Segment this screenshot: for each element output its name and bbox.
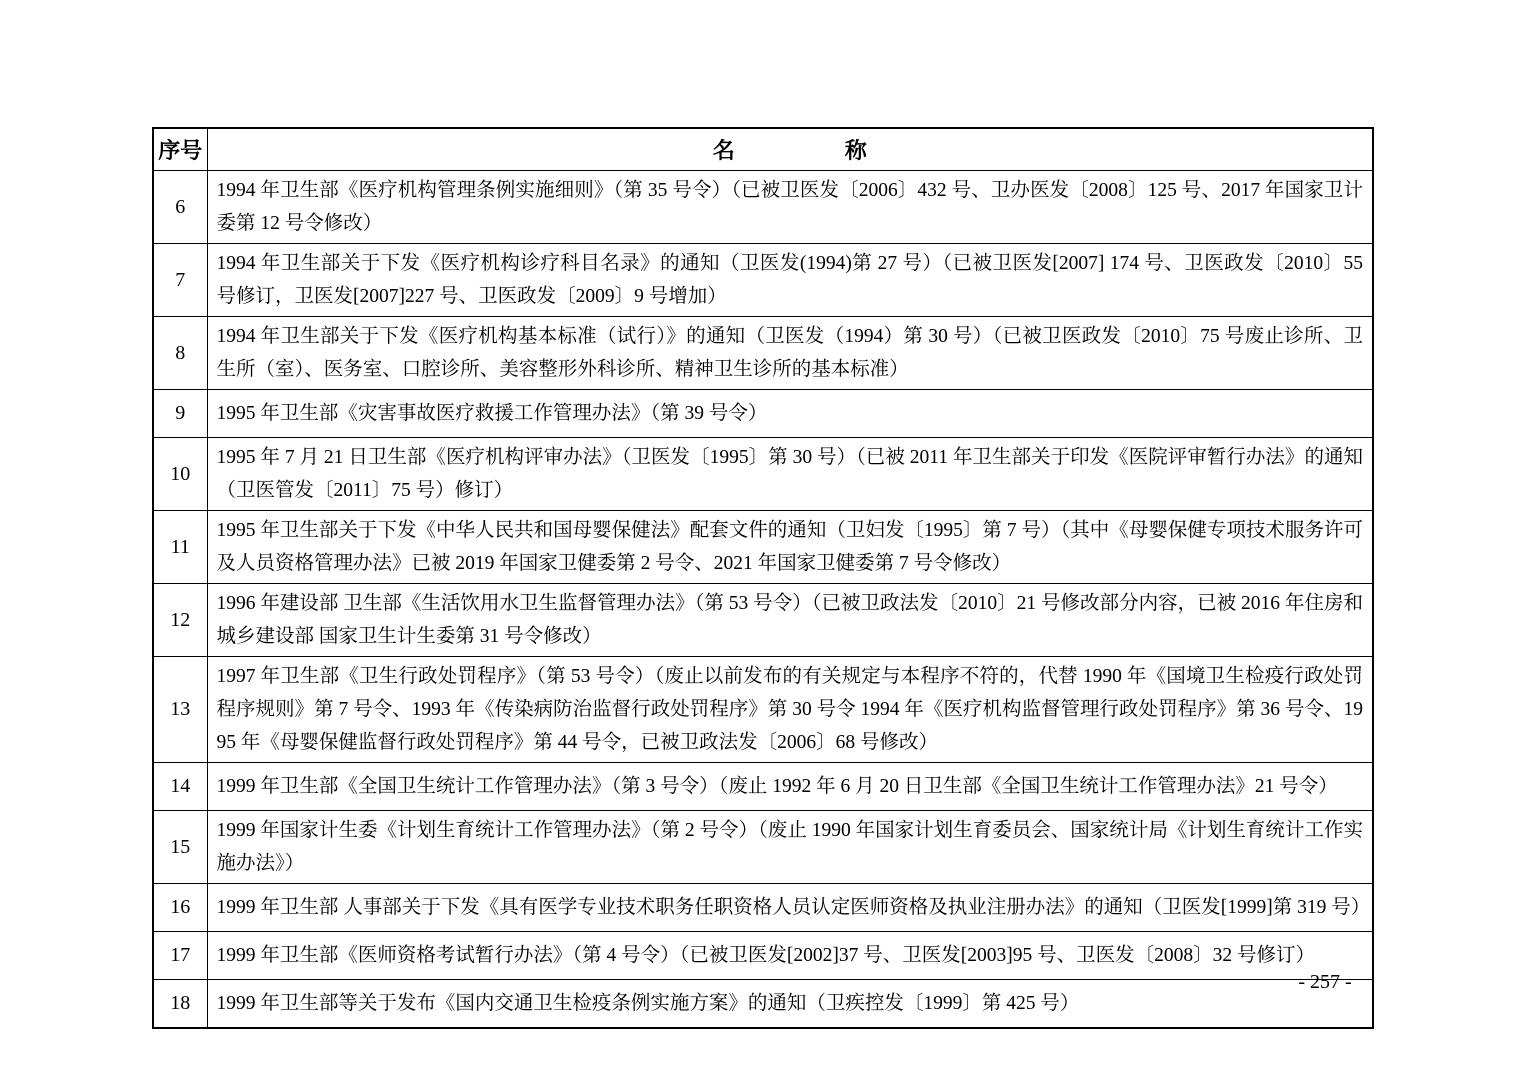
row-name-cell: 1997 年卫生部《卫生行政处罚程序》（第 53 号令）（废止以前发布的有关规定…	[207, 657, 1373, 763]
row-name-cell: 1999 年卫生部《医师资格考试暂行办法》（第 4 号令）（已被卫医发[2002…	[207, 932, 1373, 980]
table-row: 8 1994 年卫生部关于下发《医疗机构基本标准（试行）》的通知（卫医发（199…	[153, 317, 1373, 390]
table-row: 18 1999 年卫生部等关于发布《国内交通卫生检疫条例实施方案》的通知（卫疾控…	[153, 980, 1373, 1029]
table-row: 7 1994 年卫生部关于下发《医疗机构诊疗科目名录》的通知（卫医发(1994)…	[153, 244, 1373, 317]
header-cell-serial-number: 序号	[153, 128, 207, 171]
row-name-cell: 1999 年卫生部《全国卫生统计工作管理办法》（第 3 号令）（废止 1992 …	[207, 763, 1373, 811]
row-name-cell: 1995 年卫生部关于下发《中华人民共和国母婴保健法》配套文件的通知（卫妇发〔1…	[207, 511, 1373, 584]
row-name-cell: 1999 年国家计生委《计划生育统计工作管理办法》（第 2 号令）（废止 199…	[207, 811, 1373, 884]
row-number-cell: 10	[153, 438, 207, 511]
row-number-cell: 7	[153, 244, 207, 317]
document-page: 序号 名 称 6 1994 年卫生部《医疗机构管理条例实施细则》（第 35 号令…	[0, 0, 1520, 1074]
row-number-cell: 13	[153, 657, 207, 763]
table-row: 10 1995 年 7 月 21 日卫生部《医疗机构评审办法》（卫医发〔1995…	[153, 438, 1373, 511]
row-number-cell: 11	[153, 511, 207, 584]
table-row: 17 1999 年卫生部《医师资格考试暂行办法》（第 4 号令）（已被卫医发[2…	[153, 932, 1373, 980]
row-number-cell: 8	[153, 317, 207, 390]
row-name-cell: 1999 年卫生部等关于发布《国内交通卫生检疫条例实施方案》的通知（卫疾控发〔1…	[207, 980, 1373, 1029]
row-number-cell: 9	[153, 390, 207, 438]
row-name-cell: 1994 年卫生部《医疗机构管理条例实施细则》（第 35 号令）（已被卫医发〔2…	[207, 171, 1373, 244]
row-number-cell: 6	[153, 171, 207, 244]
row-name-cell: 1994 年卫生部关于下发《医疗机构基本标准（试行）》的通知（卫医发（1994）…	[207, 317, 1373, 390]
table-header-row: 序号 名 称	[153, 128, 1373, 171]
table-row: 13 1997 年卫生部《卫生行政处罚程序》（第 53 号令）（废止以前发布的有…	[153, 657, 1373, 763]
regulations-table: 序号 名 称 6 1994 年卫生部《医疗机构管理条例实施细则》（第 35 号令…	[152, 127, 1374, 1029]
row-number-cell: 15	[153, 811, 207, 884]
table-row: 15 1999 年国家计生委《计划生育统计工作管理办法》（第 2 号令）（废止 …	[153, 811, 1373, 884]
table-row: 6 1994 年卫生部《医疗机构管理条例实施细则》（第 35 号令）（已被卫医发…	[153, 171, 1373, 244]
row-number-cell: 17	[153, 932, 207, 980]
table-row: 14 1999 年卫生部《全国卫生统计工作管理办法》（第 3 号令）（废止 19…	[153, 763, 1373, 811]
row-name-cell: 1995 年卫生部《灾害事故医疗救援工作管理办法》（第 39 号令）	[207, 390, 1373, 438]
table-row: 12 1996 年建设部 卫生部《生活饮用水卫生监督管理办法》（第 53 号令）…	[153, 584, 1373, 657]
row-number-cell: 18	[153, 980, 207, 1029]
table-row: 16 1999 年卫生部 人事部关于下发《具有医学专业技术职务任职资格人员认定医…	[153, 884, 1373, 932]
row-name-cell: 1994 年卫生部关于下发《医疗机构诊疗科目名录》的通知（卫医发(1994)第 …	[207, 244, 1373, 317]
header-cell-name: 名 称	[207, 128, 1373, 171]
row-name-cell: 1995 年 7 月 21 日卫生部《医疗机构评审办法》（卫医发〔1995〕第 …	[207, 438, 1373, 511]
row-number-cell: 16	[153, 884, 207, 932]
table-row: 11 1995 年卫生部关于下发《中华人民共和国母婴保健法》配套文件的通知（卫妇…	[153, 511, 1373, 584]
row-name-cell: 1999 年卫生部 人事部关于下发《具有医学专业技术职务任职资格人员认定医师资格…	[207, 884, 1373, 932]
page-number: - 257 -	[1270, 971, 1380, 994]
row-name-cell: 1996 年建设部 卫生部《生活饮用水卫生监督管理办法》（第 53 号令）（已被…	[207, 584, 1373, 657]
row-number-cell: 14	[153, 763, 207, 811]
table-row: 9 1995 年卫生部《灾害事故医疗救援工作管理办法》（第 39 号令）	[153, 390, 1373, 438]
row-number-cell: 12	[153, 584, 207, 657]
